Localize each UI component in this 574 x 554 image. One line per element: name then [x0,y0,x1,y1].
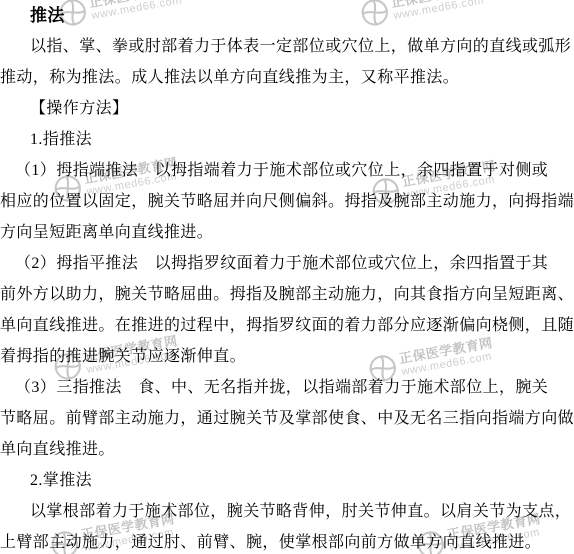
subsection-heading: 2.掌推法 [0,465,574,496]
item-line: 单向直线推进。在推进的过程中，拇指罗纹面的着力部分应逐渐偏向桡侧，且随 [0,310,574,341]
item-line: 节略屈。前臂部主动施力，通过腕关节及掌部使食、中及无名三指向指端方向做 [0,403,574,434]
item-line: 着拇指的推进腕关节应逐渐伸直。 [0,341,574,372]
item-line: 上臂部主动施力，通过肘、前臂、腕，使掌根部向前方做单方向直线推进。 [0,527,574,554]
intro-line: 推动，称为推法。成人推法以单方向直线推为主，又称平推法。 [0,62,574,93]
item-line: （2）拇指平推法 以拇指罗纹面着力于施术部位或穴位上，余四指置于其 [0,248,574,279]
section-heading: 【操作方法】 [0,93,574,124]
intro-line: 以指、掌、拳或肘部着力于体表一定部位或穴位上，做单方向的直线或弧形 [0,31,574,62]
subsection-heading: 1.指推法 [0,124,574,155]
item-line: 相应的位置以固定，腕关节略屈并向尺侧偏斜。拇指及腕部主动施力，向拇指端 [0,186,574,217]
item-line: （3）三指推法 食、中、无名指并拢，以指端部着力于施术部位上，腕关 [0,372,574,403]
doc-title: 推法 [0,0,574,31]
item-line: （1）拇指端推法 以拇指端着力于施术部位或穴位上，余四指置于对侧或 [0,155,574,186]
item-line: 方向呈短距离单向直线推进。 [0,217,574,248]
document-page: 正保医学教育网 www.med66.com 正保医学教育网 www.med66.… [0,0,574,554]
document-body: 推法 以指、掌、拳或肘部着力于体表一定部位或穴位上，做单方向的直线或弧形 推动，… [0,0,574,554]
item-line: 前外方以助力，腕关节略屈曲。拇指及腕部主动施力，向其食指方向呈短距离、 [0,279,574,310]
item-line: 单向直线推进。 [0,434,574,465]
item-line: 以掌根部着力于施术部位，腕关节略背伸，肘关节伸直。以肩关节为支点， [0,496,574,527]
